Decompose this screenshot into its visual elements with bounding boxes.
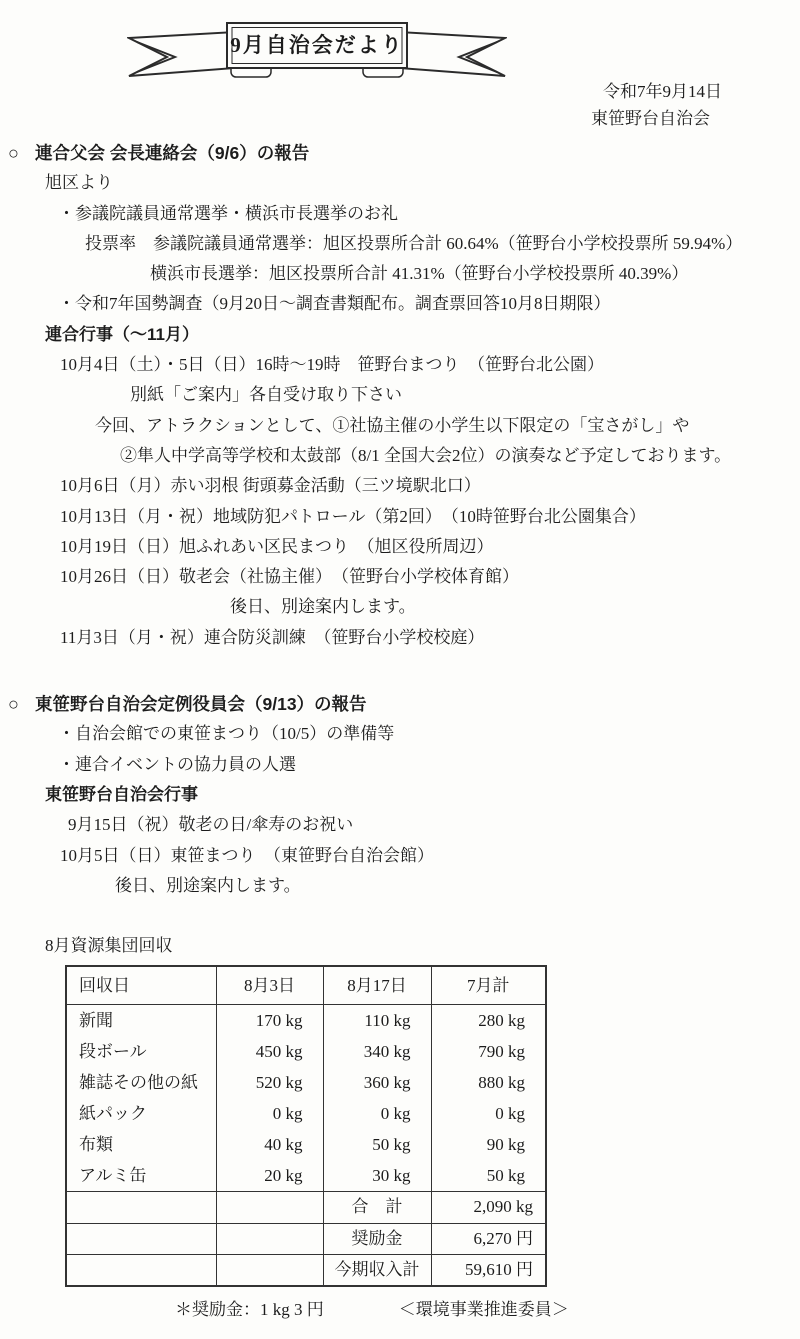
item-cell: 新聞	[66, 1005, 216, 1037]
event-line: 10月13日（月・祝）地域防犯パトロール（第2回） （10時笹野台北公園集合）	[60, 502, 800, 532]
summary-value: 6,270 円	[431, 1223, 546, 1254]
report-line: ・自治会館での東笹まつり（10/5）の準備等	[58, 719, 800, 749]
circle-bullet-icon: ○	[0, 138, 35, 168]
value-cell: 790 kg	[431, 1036, 546, 1067]
empty-cell	[216, 1192, 323, 1223]
summary-label: 今期収入計	[323, 1255, 431, 1287]
value-cell: 110 kg	[323, 1005, 431, 1037]
empty-cell	[66, 1223, 216, 1254]
recycle-table: 回収日 8月3日 8月17日 7月計 新聞 170 kg 110 kg 280 …	[65, 965, 547, 1287]
newsletter-body: ○ 連合父会 会長連絡会（9/6）の報告 旭区より ・参議院議員通常選挙・横浜市…	[0, 138, 800, 1326]
value-cell: 280 kg	[431, 1005, 546, 1037]
event-line: 10月5日（日）東笹まつり （東笹野台自治会館）	[60, 841, 800, 871]
item-cell: 雑誌その他の紙	[66, 1067, 216, 1098]
table-row: 紙パック 0 kg 0 kg 0 kg	[66, 1098, 546, 1129]
header-cell: 8月17日	[323, 966, 431, 1005]
event-line: ②隼人中学高等学校和太鼓部（8/1 全国大会2位）の演奏など予定しております。	[120, 441, 800, 471]
report-line: ・令和7年国勢調査（9月20日～調査書類配布。調査票回答10月8日期限）	[58, 289, 800, 319]
event-line: 9月15日（祝）敬老の日/傘寿のお祝い	[68, 810, 800, 840]
organization-name: 東笹野台自治会	[0, 105, 800, 132]
subheading-jichikai-gyoji: 東笹野台自治会行事	[45, 780, 800, 810]
committee-credit: ＜環境事業推進委員＞	[399, 1295, 569, 1325]
subheading-rengo-gyoji: 連合行事（～11月）	[45, 320, 800, 350]
report-line: ・参議院議員通常選挙・横浜市長選挙のお礼	[58, 199, 800, 229]
value-cell: 0 kg	[323, 1098, 431, 1129]
value-cell: 50 kg	[323, 1129, 431, 1160]
report-line: 旭区より	[45, 168, 800, 198]
empty-cell	[216, 1255, 323, 1287]
empty-cell	[66, 1255, 216, 1287]
value-cell: 0 kg	[431, 1098, 546, 1129]
summary-value: 2,090 kg	[431, 1192, 546, 1223]
report-line: 横浜市長選挙：旭区投票所合計 41.31%（笹野台小学校投票所 40.39%）	[150, 259, 800, 289]
masthead: 令和7年9月14日 東笹野台自治会	[0, 78, 800, 132]
event-line: 11月3日（月・祝）連合防災訓練 （笹野台小学校校庭）	[60, 623, 800, 653]
value-cell: 90 kg	[431, 1129, 546, 1160]
event-line: 後日、別途案内します。	[230, 592, 800, 622]
summary-value: 59,610 円	[431, 1255, 546, 1287]
table-row: 雑誌その他の紙 520 kg 360 kg 880 kg	[66, 1067, 546, 1098]
recycle-section: 8月資源集団回収 回収日 8月3日 8月17日 7月計 新聞 170 kg 11…	[0, 931, 800, 1325]
header-cell: 7月計	[431, 966, 546, 1005]
newsletter-title: 9月自治会だより	[227, 24, 407, 64]
section-heading-yakuinkai: ○ 東笹野台自治会定例役員会（9/13）の報告	[0, 689, 800, 719]
value-cell: 0 kg	[216, 1098, 323, 1129]
section-yakuinkai: ○ 東笹野台自治会定例役員会（9/13）の報告 ・自治会館での東笹まつり（10/…	[0, 689, 800, 901]
circle-bullet-icon: ○	[0, 689, 35, 719]
newsletter-page: 9月自治会だより 令和7年9月14日 東笹野台自治会 ○ 連合父会 会長連絡会（…	[0, 0, 800, 1339]
event-line: 別紙「ご案内」各自受け取り下さい	[130, 380, 800, 410]
event-line: 10月19日（日）旭ふれあい区民まつり （旭区役所周辺）	[60, 532, 800, 562]
recycle-table-title: 8月資源集団回収	[45, 931, 800, 961]
table-row: アルミ缶 20 kg 30 kg 50 kg	[66, 1160, 546, 1192]
value-cell: 520 kg	[216, 1067, 323, 1098]
table-header-row: 回収日 8月3日 8月17日 7月計	[66, 966, 546, 1005]
table-row: 新聞 170 kg 110 kg 280 kg	[66, 1005, 546, 1037]
issue-date: 令和7年9月14日	[0, 78, 800, 105]
summary-row-income: 今期収入計 59,610 円	[66, 1255, 546, 1287]
summary-label: 合 計	[323, 1192, 431, 1223]
table-footnote-row: ＊奨励金：1 kg 3 円 ＜環境事業推進委員＞	[175, 1295, 800, 1325]
header-cell: 回収日	[66, 966, 216, 1005]
value-cell: 20 kg	[216, 1160, 323, 1192]
empty-cell	[66, 1192, 216, 1223]
item-cell: 布類	[66, 1129, 216, 1160]
event-line: 後日、別途案内します。	[115, 871, 800, 901]
summary-row-total: 合 計 2,090 kg	[66, 1192, 546, 1223]
value-cell: 30 kg	[323, 1160, 431, 1192]
section-heading-renrakukai: ○ 連合父会 会長連絡会（9/6）の報告	[0, 138, 800, 168]
value-cell: 360 kg	[323, 1067, 431, 1098]
table-row: 布類 40 kg 50 kg 90 kg	[66, 1129, 546, 1160]
summary-row-incentive: 奨励金 6,270 円	[66, 1223, 546, 1254]
value-cell: 170 kg	[216, 1005, 323, 1037]
incentive-footnote: ＊奨励金：1 kg 3 円	[175, 1295, 324, 1325]
section-heading-text: 東笹野台自治会定例役員会（9/13）の報告	[35, 689, 367, 719]
value-cell: 50 kg	[431, 1160, 546, 1192]
value-cell: 340 kg	[323, 1036, 431, 1067]
value-cell: 40 kg	[216, 1129, 323, 1160]
event-line: 今回、アトラクションとして、①社協主催の小学生以下限定の「宝さがし」や	[95, 411, 800, 441]
item-cell: アルミ缶	[66, 1160, 216, 1192]
event-line: 10月6日（月）赤い羽根 街頭募金活動（三ツ境駅北口）	[60, 471, 800, 501]
event-line: 10月26日（日）敬老会（社協主催） （笹野台小学校体育館）	[60, 562, 800, 592]
event-line: 10月4日（土）・5日（日）16時～19時 笹野台まつり （笹野台北公園）	[60, 350, 800, 380]
header-cell: 8月3日	[216, 966, 323, 1005]
report-line: 投票率 参議院議員通常選挙：旭区投票所合計 60.64%（笹野台小学校投票所 5…	[85, 229, 800, 259]
summary-label: 奨励金	[323, 1223, 431, 1254]
table-row: 段ボール 450 kg 340 kg 790 kg	[66, 1036, 546, 1067]
empty-cell	[216, 1223, 323, 1254]
report-line: ・連合イベントの協力員の人選	[58, 750, 800, 780]
value-cell: 450 kg	[216, 1036, 323, 1067]
item-cell: 紙パック	[66, 1098, 216, 1129]
value-cell: 880 kg	[431, 1067, 546, 1098]
section-heading-text: 連合父会 会長連絡会（9/6）の報告	[35, 138, 309, 168]
item-cell: 段ボール	[66, 1036, 216, 1067]
